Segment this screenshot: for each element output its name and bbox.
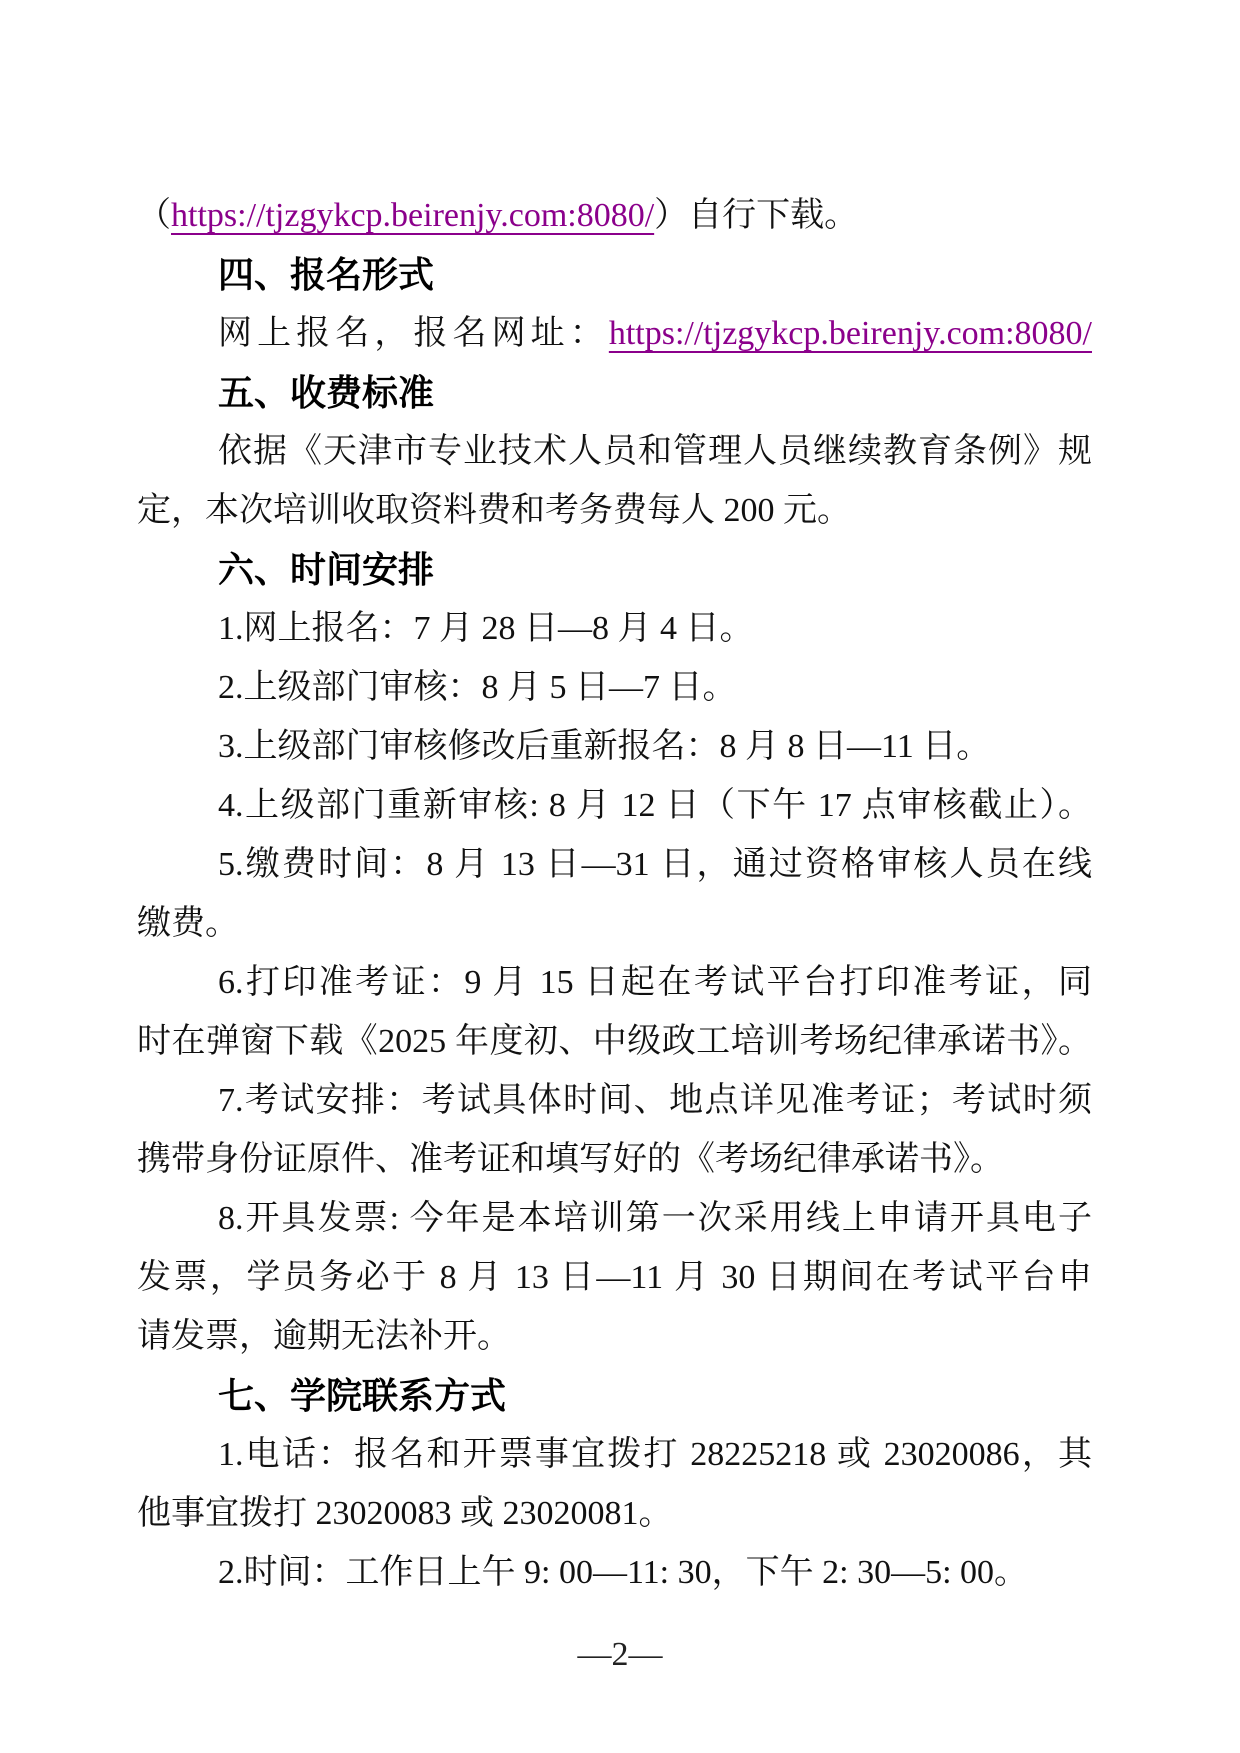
text-run: 时在弹窗下载《2025 年度初、中级政工培训考场纪律承诺书》。 — [137, 1023, 1092, 1060]
text-line: 8.开具发票: 今年是本培训第一次采用线上申请开具电子 — [137, 1189, 1092, 1248]
text-line: 发票，学员务必于 8 月 13 日—11 月 30 日期间在考试平台申 — [137, 1248, 1092, 1307]
text-line: 7.考试安排：考试具体时间、地点详见准考证；考试时须 — [137, 1071, 1092, 1130]
document-body: （https://tjzgykcp.beirenjy.com:8080/）自行下… — [137, 186, 1092, 1602]
section-heading: 四、报名形式 — [137, 245, 1092, 304]
text-run: （ — [137, 197, 171, 234]
text-run: 2.时间：工作日上午 9: 00—11: 30，下午 2: 30—5: 00。 — [218, 1554, 1028, 1591]
text-line: （https://tjzgykcp.beirenjy.com:8080/）自行下… — [137, 186, 1092, 245]
text-run: 依据《天津市专业技术人员和管理人员继续教育条例》规 — [218, 433, 1092, 470]
text-line: 网上报名，报名网址：https://tjzgykcp.beirenjy.com:… — [137, 304, 1092, 363]
text-line: 2.时间：工作日上午 9: 00—11: 30，下午 2: 30—5: 00。 — [137, 1543, 1092, 1602]
section-heading: 七、学院联系方式 — [137, 1366, 1092, 1425]
text-line: 依据《天津市专业技术人员和管理人员继续教育条例》规 — [137, 422, 1092, 481]
text-run: 请发票，逾期无法补开。 — [137, 1318, 511, 1355]
text-line: 携带身份证原件、准考证和填写好的《考场纪律承诺书》。 — [137, 1130, 1092, 1189]
text-run: 携带身份证原件、准考证和填写好的《考场纪律承诺书》。 — [137, 1141, 1004, 1178]
text-run: 六、时间安排 — [218, 549, 434, 590]
text-run: 1.网上报名：7 月 28 日—8 月 4 日。 — [218, 610, 754, 647]
text-run: 2.上级部门审核：8 月 5 日—7 日。 — [218, 669, 737, 706]
text-run: 五、收费标准 — [218, 372, 434, 413]
section-heading: 五、收费标准 — [137, 363, 1092, 422]
text-line: 请发票，逾期无法补开。 — [137, 1307, 1092, 1366]
text-run: 4.上级部门重新审核: 8 月 12 日（下午 17 点审核截止）。 — [218, 787, 1092, 824]
page-number: —2— — [0, 1633, 1240, 1677]
text-line: 缴费。 — [137, 894, 1092, 953]
text-run: 四、报名形式 — [218, 254, 434, 295]
text-run: 1.电话：报名和开票事宜拨打 28225218 或 23020086，其 — [218, 1436, 1092, 1473]
text-line: 1.电话：报名和开票事宜拨打 28225218 或 23020086，其 — [137, 1425, 1092, 1484]
text-run: 8.开具发票: 今年是本培训第一次采用线上申请开具电子 — [218, 1200, 1092, 1237]
text-run: ）自行下载。 — [654, 197, 858, 234]
text-line: 4.上级部门重新审核: 8 月 12 日（下午 17 点审核截止）。 — [137, 776, 1092, 835]
text-run: 网上报名，报名网址： — [218, 315, 609, 352]
text-line: 定，本次培训收取资料费和考务费每人 200 元。 — [137, 481, 1092, 540]
text-run: 6.打印准考证：9 月 15 日起在考试平台打印准考证，同 — [218, 964, 1092, 1001]
text-run: 发票，学员务必于 8 月 13 日—11 月 30 日期间在考试平台申 — [137, 1259, 1092, 1296]
text-run: 3.上级部门审核修改后重新报名：8 月 8 日—11 日。 — [218, 728, 990, 765]
text-line: 6.打印准考证：9 月 15 日起在考试平台打印准考证，同 — [137, 953, 1092, 1012]
text-line: 1.网上报名：7 月 28 日—8 月 4 日。 — [137, 599, 1092, 658]
hyperlink-url[interactable]: https://tjzgykcp.beirenjy.com:8080/ — [171, 197, 654, 234]
text-run: 七、学院联系方式 — [218, 1375, 506, 1416]
hyperlink-url[interactable]: https://tjzgykcp.beirenjy.com:8080/ — [609, 315, 1092, 352]
text-run: 定，本次培训收取资料费和考务费每人 200 元。 — [137, 492, 851, 529]
text-run: 5.缴费时间：8 月 13 日—31 日，通过资格审核人员在线 — [218, 846, 1092, 883]
text-line: 时在弹窗下载《2025 年度初、中级政工培训考场纪律承诺书》。 — [137, 1012, 1092, 1071]
text-line: 5.缴费时间：8 月 13 日—31 日，通过资格审核人员在线 — [137, 835, 1092, 894]
document-page: （https://tjzgykcp.beirenjy.com:8080/）自行下… — [0, 0, 1240, 1753]
section-heading: 六、时间安排 — [137, 540, 1092, 599]
text-line: 2.上级部门审核：8 月 5 日—7 日。 — [137, 658, 1092, 717]
text-run: 7.考试安排：考试具体时间、地点详见准考证；考试时须 — [218, 1082, 1092, 1119]
text-run: 他事宜拨打 23020083 或 23020081。 — [137, 1495, 673, 1532]
text-line: 3.上级部门审核修改后重新报名：8 月 8 日—11 日。 — [137, 717, 1092, 776]
text-run: 缴费。 — [137, 905, 239, 942]
text-line: 他事宜拨打 23020083 或 23020081。 — [137, 1484, 1092, 1543]
